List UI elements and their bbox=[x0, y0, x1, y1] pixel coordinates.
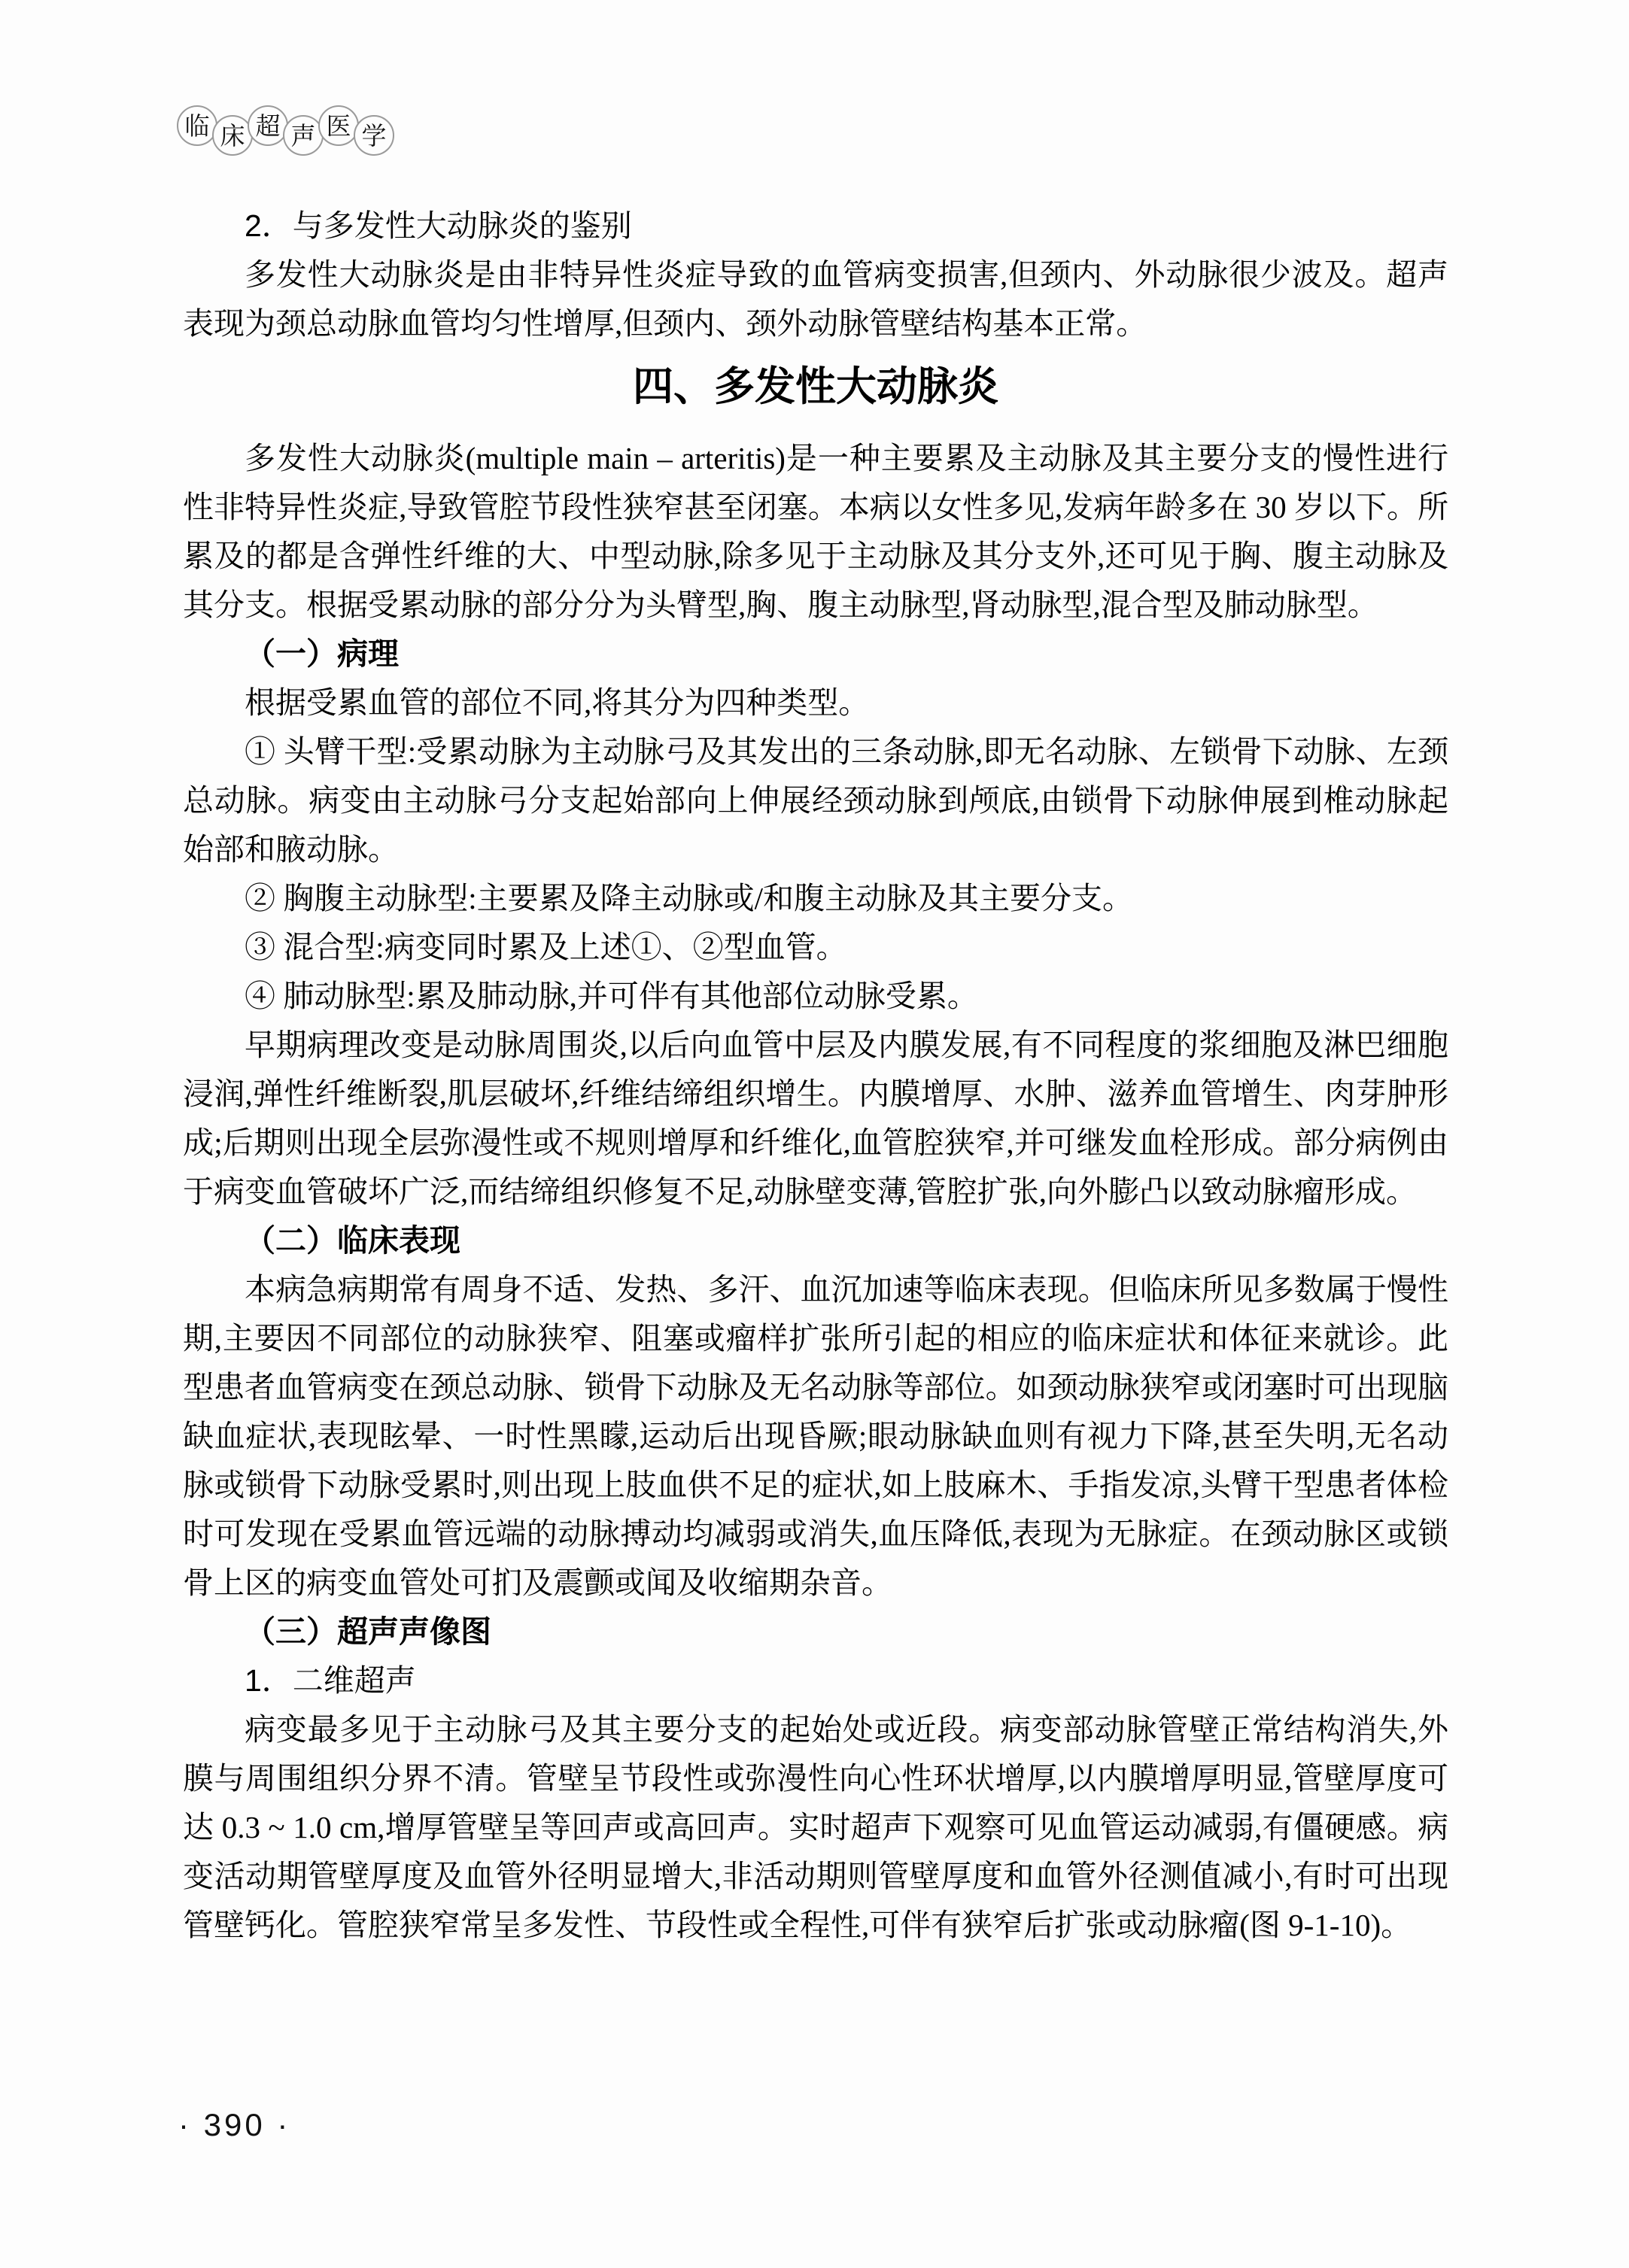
page-number: · 390 · bbox=[178, 2106, 290, 2144]
book-page: 临 床 超 声 医 学 2．与多发性大动脉炎的鉴别 多发性大动脉炎是由非特异性炎… bbox=[0, 0, 1629, 2268]
logo-char-circle: 超 bbox=[248, 105, 288, 146]
logo-char-circle: 学 bbox=[354, 115, 394, 156]
subheading-ultrasound-imaging: （三）超声声像图 bbox=[183, 1608, 1448, 1656]
logo-char-circle: 医 bbox=[318, 105, 359, 146]
logo-char-circle: 临 bbox=[177, 105, 217, 146]
paragraph-type-4: ④ 肺动脉型:累及肺动脉,并可伴有其他部位动脉受累。 bbox=[183, 972, 1448, 1021]
subheading-differential-diagnosis: 2．与多发性大动脉炎的鉴别 bbox=[183, 202, 1448, 250]
paragraph-pathology-changes: 早期病理改变是动脉周围炎,以后向血管中层及内膜发展,有不同程度的浆细胞及淋巴细胞… bbox=[183, 1021, 1448, 1216]
paragraph-type-3: ③ 混合型:病变同时累及上述①、②型血管。 bbox=[183, 923, 1448, 972]
section-heading-takayasu-arteritis: 四、多发性大动脉炎 bbox=[183, 357, 1448, 416]
book-series-logo: 临 床 超 声 医 学 bbox=[177, 105, 394, 156]
paragraph-type-1: ① 头臂干型:受累动脉为主动脉弓及其发出的三条动脉,即无名动脉、左锁骨下动脉、左… bbox=[183, 727, 1448, 874]
paragraph-ultrasound-body: 病变最多见于主动脉弓及其主要分支的起始处或近段。病变部动脉管壁正常结构消失,外膜… bbox=[183, 1705, 1448, 1950]
logo-char-circle: 床 bbox=[212, 115, 253, 156]
paragraph-pathology-intro: 根据受累血管的部位不同,将其分为四种类型。 bbox=[183, 679, 1448, 727]
subheading-clinical-manifestations: （二）临床表现 bbox=[183, 1216, 1448, 1265]
page-content: 2．与多发性大动脉炎的鉴别 多发性大动脉炎是由非特异性炎症导致的血管病变损害,但… bbox=[183, 202, 1448, 1950]
paragraph-clinical-body: 本病急病期常有周身不适、发热、多汗、血沉加速等临床表现。但临床所见多数属于慢性期… bbox=[183, 1265, 1448, 1608]
logo-char-circle: 声 bbox=[283, 115, 324, 156]
paragraph-type-2: ② 胸腹主动脉型:主要累及降主动脉或/和腹主动脉及其主要分支。 bbox=[183, 874, 1448, 923]
subheading-pathology: （一）病理 bbox=[183, 630, 1448, 679]
paragraph-differential-body: 多发性大动脉炎是由非特异性炎症导致的血管病变损害,但颈内、外动脉很少波及。超声表… bbox=[183, 250, 1448, 348]
subheading-2d-ultrasound: 1．二维超声 bbox=[183, 1656, 1448, 1705]
paragraph-overview: 多发性大动脉炎(multiple main – arteritis)是一种主要累… bbox=[183, 434, 1448, 630]
